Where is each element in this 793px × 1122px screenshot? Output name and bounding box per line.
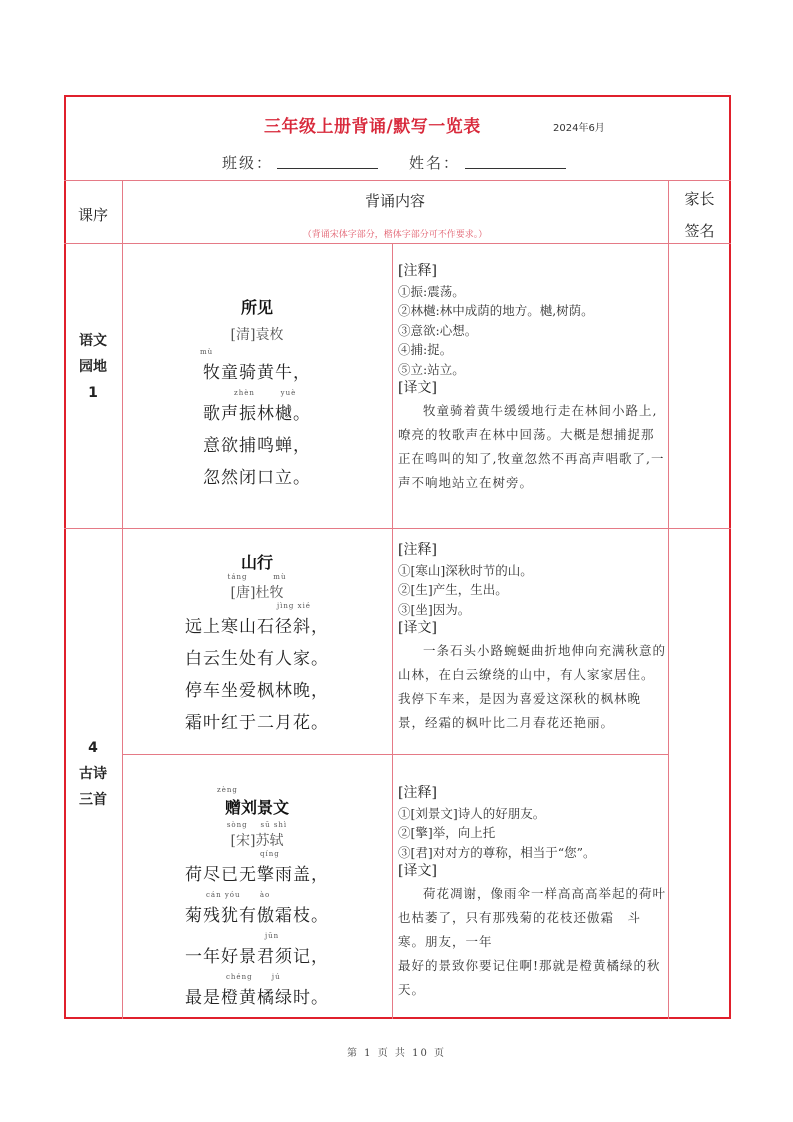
translation-text: 一条石头小路蜿蜒曲折地伸向充满秋意的山林，在白云缭绕的山中，有人家家居住。我停下… (398, 639, 666, 735)
lesson-label-line: 古诗 (64, 761, 122, 787)
poem-line: qíng 荷尽已无擎雨盖， (122, 850, 392, 891)
poem-line-text: 远上寒山石径斜， (185, 617, 329, 637)
note-item: ②林樾:林中成荫的地方。樾,树荫。 (398, 301, 666, 321)
poem-line: zhèn yuè 歌声振林樾。 (122, 389, 392, 430)
poem-title: 所见 (122, 295, 392, 318)
poem-line: 意欲捕鸣蝉， (122, 430, 392, 462)
poem-zengliujingwen: zèng 赠刘景文 sòng sū shì [宋]苏轼 qíng 荷尽已无擎雨盖… (122, 786, 392, 1014)
poem-title: 赠刘景文 (122, 795, 392, 818)
lesson-label: 语文 园地 1 (64, 328, 122, 406)
divider (668, 180, 669, 1019)
poem-line: 霜叶红于二月花。 (122, 707, 392, 739)
poem-title: 山行 (122, 550, 392, 573)
poem-author: [唐]杜牧 (122, 582, 392, 602)
notes-heading: [注释] (398, 262, 666, 282)
translation-heading: [译文] (398, 619, 666, 639)
translation-heading: [译文] (398, 379, 666, 399)
poem-line: jìng xié 远上寒山石径斜， (122, 602, 392, 643)
note-item: ①振:震荡。 (398, 282, 666, 302)
poem-shanxing: 山行 táng mù [唐]杜牧 jìng xié 远上寒山石径斜， 白云生处有… (122, 550, 392, 739)
pinyin: chéng jú (122, 973, 392, 982)
note-item: ③意欲:心想。 (398, 321, 666, 341)
pinyin: táng mù (122, 573, 392, 582)
pinyin: jìng xié (122, 602, 392, 611)
notes-heading: [注释] (398, 784, 666, 804)
divider (64, 528, 731, 529)
content-note: （背诵宋体字部分，楷体字部分可不作要求。） (122, 227, 668, 240)
poem-line-text: 一年好景君须记， (185, 947, 329, 967)
notes-heading: [注释] (398, 541, 666, 561)
note-item: ⑤立:站立。 (398, 360, 666, 380)
translation-heading: [译文] (398, 862, 666, 882)
poem-line: 忽然闭口立。 (122, 462, 392, 494)
annotation-suojian: [注释] ①振:震荡。 ②林樾:林中成荫的地方。樾,树荫。 ③意欲:心想。 ④捕… (398, 262, 666, 495)
note-item: ①[刘景文]诗人的好朋友。 (398, 804, 666, 824)
pinyin: cán yóu ào (122, 891, 392, 900)
content-column-header: 背诵内容 (122, 190, 668, 211)
divider (64, 243, 731, 244)
annotation-shanxing: [注释] ①[寒山]深秋时节的山。 ②[生]产生，生出。 ③[坐]因为。 [译文… (398, 541, 666, 735)
lesson-label-line: 语文 (64, 328, 122, 354)
note-item: ④捕:捉。 (398, 340, 666, 360)
note-item: ①[寒山]深秋时节的山。 (398, 561, 666, 581)
annotation-zengliujingwen: [注释] ①[刘景文]诗人的好朋友。 ②[擎]举，向上托 ③[君]对对方的尊称，… (398, 784, 666, 1002)
page-number: 第 1 页 共 10 页 (0, 1044, 793, 1059)
divider (392, 243, 393, 1019)
poem-line-text: 荷尽已无擎雨盖， (185, 865, 329, 885)
pinyin: zèng (122, 786, 392, 795)
lesson-label-line: 4 (64, 735, 122, 761)
pinyin: zhèn yuè (122, 389, 392, 398)
poem-author: [清]袁枚 (122, 324, 392, 344)
translation-text: 荷花凋谢，像雨伞一样高高高举起的荷叶也枯萎了，只有那残菊的花枝还傲霜 斗寒。朋友… (398, 882, 666, 954)
poem-line-text: 菊残犹有傲霜枝。 (185, 906, 329, 926)
pinyin: mù (122, 348, 392, 357)
note-item: ②[生]产生，生出。 (398, 580, 666, 600)
lesson-column-header: 课序 (64, 204, 122, 225)
lesson-label-line: 三首 (64, 787, 122, 813)
lesson-label-line: 园地 (64, 354, 122, 380)
poem-line: jūn 一年好景君须记， (122, 932, 392, 973)
poem-suojian: 所见 [清]袁枚 mù 牧童骑黄牛， zhèn yuè 歌声振林樾。 意欲捕鸣蝉… (122, 295, 392, 494)
lesson-label: 4 古诗 三首 (64, 735, 122, 813)
poem-line-text: 歌声振林樾。 (203, 404, 311, 424)
divider (64, 180, 731, 181)
note-item: ③[君]对对方的尊称，相当于“您”。 (398, 843, 666, 863)
poem-line: cán yóu ào 菊残犹有傲霜枝。 (122, 891, 392, 932)
translation-text: 牧童骑着黄牛缓缓地行走在林间小路上,嘹亮的牧歌声在林中回荡。大概是想捕捉那正在鸣… (398, 399, 666, 495)
poem-line: 停车坐爱枫林晚， (122, 675, 392, 707)
poem-line-text: 牧童骑黄牛， (203, 363, 311, 383)
translation-text: 最好的景致你要记住啊!那就是橙黄橘绿的秋天。 (398, 954, 666, 1002)
pinyin: sòng sū shì (122, 821, 392, 830)
pinyin: qíng (122, 850, 392, 859)
poem-line: 白云生处有人家。 (122, 643, 392, 675)
sign-column-header-line1: 家长 (668, 188, 731, 209)
poem-author: [宋]苏轼 (122, 830, 392, 850)
sign-column-header-line2: 签名 (668, 220, 731, 241)
lesson-label-line: 1 (64, 380, 122, 406)
poem-line-text: 最是橙黄橘绿时。 (185, 988, 329, 1008)
note-item: ③[坐]因为。 (398, 600, 666, 620)
pinyin: jūn (122, 932, 392, 941)
note-item: ②[擎]举，向上托 (398, 823, 666, 843)
divider (122, 754, 668, 755)
poem-line: chéng jú 最是橙黄橘绿时。 (122, 973, 392, 1014)
poem-line: mù 牧童骑黄牛， (122, 348, 392, 389)
